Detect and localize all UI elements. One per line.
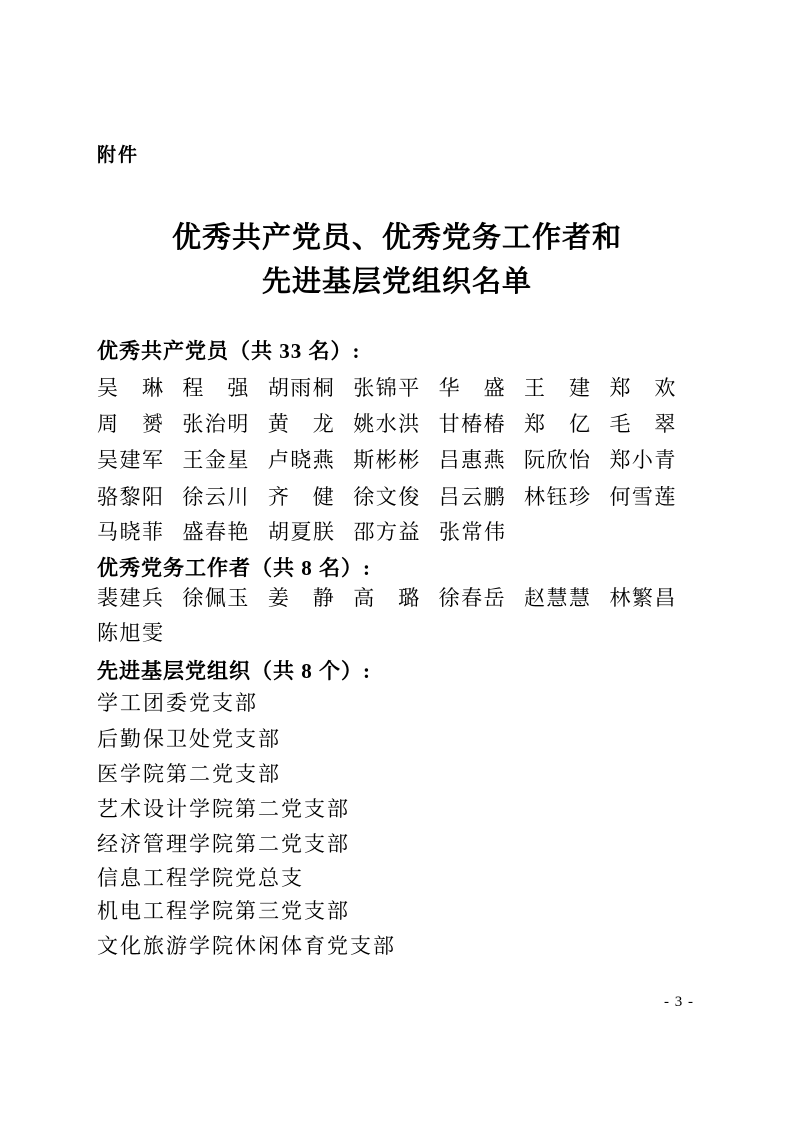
worker-name: 徐佩玉 <box>182 588 250 609</box>
organization-item: 医学院第二党支部 <box>97 764 281 785</box>
member-row-4: 骆黎阳 徐云川 齐 健 徐文俊 吕云鹏 林钰珍 何雪莲 <box>97 487 677 508</box>
organization-item: 文化旅游学院休闲体育党支部 <box>97 936 396 957</box>
member-name: 何雪莲 <box>609 487 677 508</box>
member-name: 胡夏朕 <box>268 522 336 543</box>
member-name: 张锦平 <box>353 378 421 399</box>
member-name: 郑 亿 <box>524 414 592 435</box>
worker-name: 高 璐 <box>353 588 421 609</box>
member-name: 林钰珍 <box>524 487 592 508</box>
organization-item: 机电工程学院第三党支部 <box>97 901 350 922</box>
organization-item: 后勤保卫处党支部 <box>97 729 281 750</box>
member-name: 程 强 <box>182 378 250 399</box>
member-name: 骆黎阳 <box>97 487 165 508</box>
section-heading-organizations: 先进基层党组织（共 8 个）: <box>97 661 371 682</box>
member-name: 阮欣怡 <box>524 450 592 471</box>
member-name: 斯彬彬 <box>353 450 421 471</box>
document-title-line2: 先进基层党组织名单 <box>0 266 794 299</box>
member-row-2: 周 赟 张治明 黄 龙 姚水洪 甘椿椿 郑 亿 毛 翠 <box>97 414 677 435</box>
member-name: 胡雨桐 <box>268 378 336 399</box>
worker-name: 徐春岳 <box>439 588 507 609</box>
member-row-3: 吴建军 王金星 卢晓燕 斯彬彬 吕惠燕 阮欣怡 郑小青 <box>97 450 677 471</box>
member-name: 郑 欢 <box>609 378 677 399</box>
member-name: 张治明 <box>182 414 250 435</box>
member-name: 华 盛 <box>439 378 507 399</box>
member-name: 盛春艳 <box>183 522 251 543</box>
member-name: 王 建 <box>524 378 592 399</box>
member-name: 卢晓燕 <box>268 450 336 471</box>
member-name: 吴建军 <box>97 450 165 471</box>
section-heading-workers: 优秀党务工作者（共 8 名）: <box>97 558 371 579</box>
organization-item: 学工团委党支部 <box>97 693 258 714</box>
member-row-5: 马晓菲 盛春艳 胡夏朕 邵方益 张常伟 <box>97 522 677 543</box>
document-page: 附件 优秀共产党员、优秀党务工作者和 先进基层党组织名单 优秀共产党员（共 33… <box>0 0 794 1123</box>
section-heading-members: 优秀共产党员（共 33 名）: <box>97 341 361 362</box>
document-title-line1: 优秀共产党员、优秀党务工作者和 <box>0 222 794 255</box>
worker-row-2: 陈旭雯 <box>97 623 677 644</box>
page-number: - 3 - <box>664 995 694 1010</box>
organization-item: 艺术设计学院第二党支部 <box>97 799 350 820</box>
member-name: 吕云鹏 <box>439 487 507 508</box>
worker-row-1: 裴建兵 徐佩玉 姜 静 高 璐 徐春岳 赵慧慧 林繁昌 <box>97 588 677 609</box>
member-name: 毛 翠 <box>609 414 677 435</box>
member-name: 郑小青 <box>609 450 677 471</box>
worker-name: 林繁昌 <box>609 588 677 609</box>
member-name: 黄 龙 <box>268 414 336 435</box>
attachment-label: 附件 <box>97 146 139 165</box>
member-name: 徐文俊 <box>353 487 421 508</box>
organization-item: 经济管理学院第二党支部 <box>97 834 350 855</box>
member-name: 齐 健 <box>268 487 336 508</box>
member-name: 邵方益 <box>354 522 422 543</box>
member-name: 张常伟 <box>439 522 507 543</box>
worker-name: 姜 静 <box>268 588 336 609</box>
member-name: 周 赟 <box>97 414 165 435</box>
member-name: 徐云川 <box>182 487 250 508</box>
member-name: 甘椿椿 <box>439 414 507 435</box>
member-name: 王金星 <box>182 450 250 471</box>
worker-name: 裴建兵 <box>97 588 165 609</box>
member-name: 姚水洪 <box>353 414 421 435</box>
worker-name: 赵慧慧 <box>524 588 592 609</box>
member-name: 吕惠燕 <box>439 450 507 471</box>
organization-item: 信息工程学院党总支 <box>97 868 304 889</box>
worker-name: 陈旭雯 <box>97 623 165 644</box>
member-row-1: 吴 琳 程 强 胡雨桐 张锦平 华 盛 王 建 郑 欢 <box>97 378 677 399</box>
member-name: 吴 琳 <box>97 378 165 399</box>
member-name: 马晓菲 <box>97 522 165 543</box>
